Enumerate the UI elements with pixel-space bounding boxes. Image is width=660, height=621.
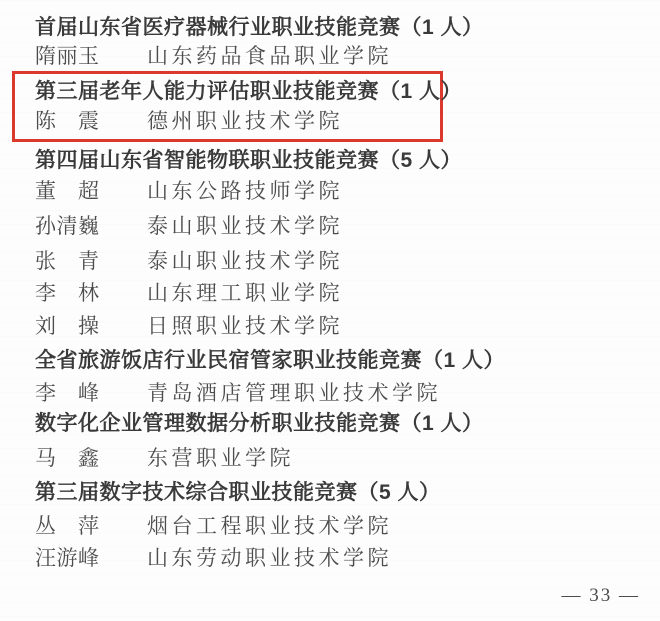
winner-school: 日照职业技术学院	[147, 314, 343, 338]
section-title: 数字化企业管理数据分析职业技能竞赛（1 人）	[35, 412, 484, 436]
winner-school: 青岛酒店管理职业技术学院	[147, 381, 441, 405]
table-row: 丛 萍烟台工程职业技术学院	[35, 514, 392, 538]
winner-name: 张 青	[35, 249, 147, 273]
winner-school: 德州职业技术学院	[147, 109, 343, 133]
page-number: — 33 —	[562, 585, 641, 607]
winner-school: 山东理工职业学院	[147, 281, 343, 305]
section-title: 第四届山东省智能物联职业技能竞赛（5 人）	[35, 149, 462, 173]
table-row: 李 林山东理工职业学院	[35, 281, 343, 305]
winner-school: 泰山职业技术学院	[147, 249, 343, 273]
winner-school: 泰山职业技术学院	[147, 214, 343, 238]
winner-name: 马 鑫	[35, 446, 147, 470]
winner-name: 陈 震	[35, 109, 147, 133]
winner-name: 董 超	[35, 179, 147, 203]
winner-name: 刘 操	[35, 314, 147, 338]
document-page: 首届山东省医疗器械行业职业技能竞赛（1 人） 隋丽玉山东药品食品职业学院 第三届…	[0, 0, 660, 621]
table-row: 汪游峰山东劳动职业技术学院	[35, 546, 392, 570]
winner-school: 东营职业学院	[147, 446, 294, 470]
winner-school: 山东药品食品职业学院	[147, 44, 392, 68]
table-row: 刘 操日照职业技术学院	[35, 314, 343, 338]
winner-name: 丛 萍	[35, 514, 147, 538]
section-title: 第三届数字技术综合职业技能竞赛（5 人）	[35, 481, 441, 505]
table-row: 张 青泰山职业技术学院	[35, 249, 343, 273]
table-row: 马 鑫东营职业学院	[35, 446, 294, 470]
section-title: 首届山东省医疗器械行业职业技能竞赛（1 人）	[35, 16, 484, 40]
table-row: 隋丽玉山东药品食品职业学院	[35, 44, 392, 68]
section-title-highlighted: 第三届老年人能力评估职业技能竞赛（1 人）	[35, 80, 462, 104]
section-title: 全省旅游饭店行业民宿管家职业技能竞赛（1 人）	[35, 349, 505, 373]
winner-name: 李 林	[35, 281, 147, 305]
winner-school: 烟台工程职业技术学院	[147, 514, 392, 538]
winner-school: 山东劳动职业技术学院	[147, 546, 392, 570]
winner-name: 汪游峰	[35, 546, 147, 570]
winner-name: 李 峰	[35, 381, 147, 405]
table-row: 董 超山东公路技师学院	[35, 179, 343, 203]
table-row: 孙清巍泰山职业技术学院	[35, 214, 343, 238]
table-row: 陈 震德州职业技术学院	[35, 109, 343, 133]
winner-school: 山东公路技师学院	[147, 179, 343, 203]
table-row: 李 峰青岛酒店管理职业技术学院	[35, 381, 441, 405]
winner-name: 隋丽玉	[35, 44, 147, 68]
winner-name: 孙清巍	[35, 214, 147, 238]
